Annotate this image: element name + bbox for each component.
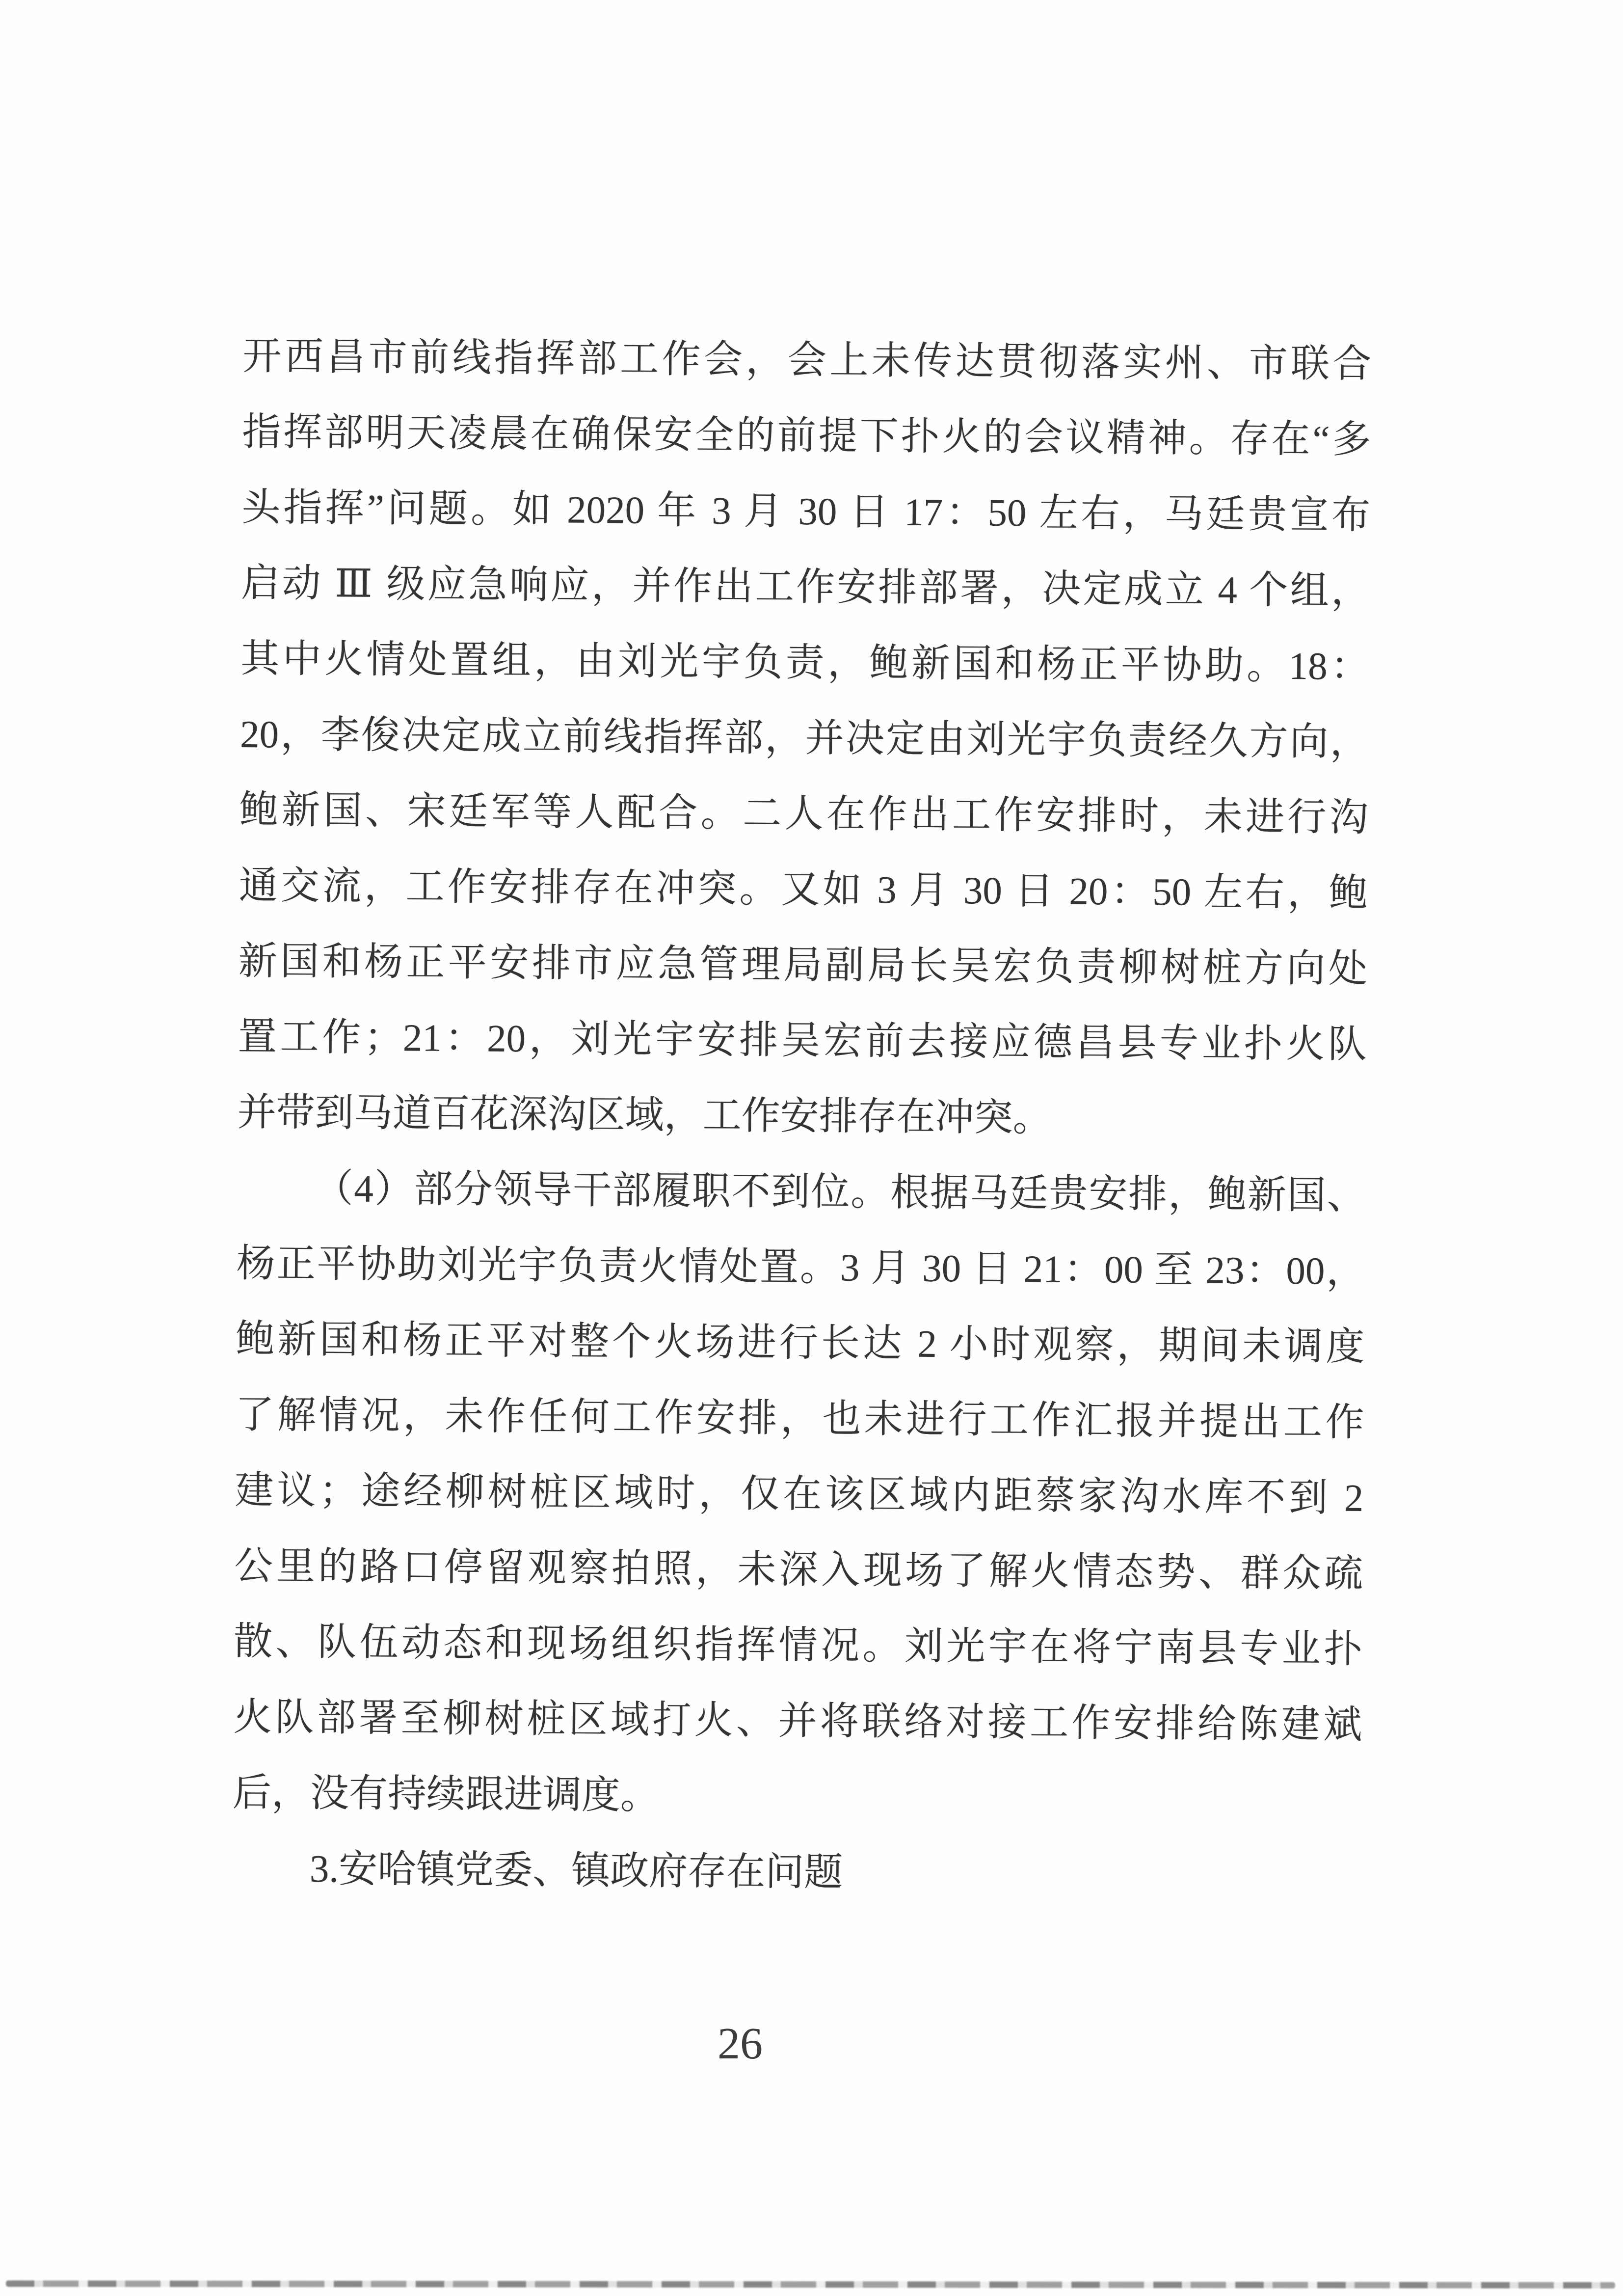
text-line: 鲍新国、宋廷军等人配合。二人在作出工作安排时，未进行沟: [239, 773, 1368, 856]
text-line: 公里的路口停留观察拍照，未深入现场了解火情态势、群众疏: [234, 1529, 1363, 1612]
text-line: 指挥部明天凌晨在确保安全的前提下扑火的会议精神。存在“多: [242, 395, 1371, 478]
text-line: 其中火情处置组，由刘光宇负责，鲍新国和杨正平协助。18：: [240, 621, 1370, 705]
text-line: 开西昌市前线指挥部工作会，会上未传达贯彻落实州、市联合: [242, 319, 1372, 403]
scanned-document-page: 开西昌市前线指挥部工作会，会上未传达贯彻落实州、市联合 指挥部明天凌晨在确保安全…: [0, 0, 1623, 2296]
text-line: 通交流，工作安排存在冲突。又如 3 月 30 日 20：50 左右，鲍: [239, 848, 1368, 932]
text-line paragraph-start: （4）部分领导干部履职不到位。根据马廷贵安排，鲍新国、: [237, 1151, 1366, 1234]
scan-artifact-band: [6, 2280, 1615, 2288]
text-line: 后，没有持续跟进调度。: [232, 1756, 1361, 1839]
text-line: 置工作；21：20，刘光宇安排吴宏前去接应德昌县专业扑火队: [238, 999, 1367, 1083]
text-line: 了解情况，未作任何工作安排，也未进行工作汇报并提出工作: [235, 1378, 1364, 1461]
text-line: 鲍新国和杨正平对整个火场进行长达 2 小时观察，期间未调度: [236, 1302, 1365, 1385]
body-text-block: 开西昌市前线指挥部工作会，会上未传达贯彻落实州、市联合 指挥部明天凌晨在确保安全…: [232, 319, 1372, 1915]
text-line: 火队部署至柳树桩区域打火、并将联络对接工作安排给陈建斌: [233, 1680, 1362, 1763]
text-line section-heading: 3.安哈镇党委、镇政府存在问题: [232, 1831, 1361, 1915]
text-line: 杨正平协助刘光宇负责火情处置。3 月 30 日 21：00 至 23：00，: [236, 1226, 1365, 1310]
page-number: 26: [691, 2021, 789, 2066]
text-line: 散、队伍动态和现场组织指挥情况。刘光宇在将宁南县专业扑: [234, 1604, 1363, 1688]
text-line: 启动 Ⅲ 级应急响应，并作出工作安排部署，决定成立 4 个组，: [241, 546, 1370, 629]
text-line: 新国和杨正平安排市应急管理局副局长吴宏负责柳树桩方向处: [238, 924, 1367, 1007]
text-line: 建议；途经柳树桩区域时，仅在该区域内距蔡家沟水库不到 2: [235, 1453, 1364, 1537]
text-line: 并带到马道百花深沟区域，工作安排存在冲突。: [237, 1075, 1366, 1159]
text-line: 20，李俊决定成立前线指挥部，并决定由刘光宇负责经久方向，: [240, 697, 1369, 781]
text-line: 头指挥”问题。如 2020 年 3 月 30 日 17：50 左右，马廷贵宣布: [241, 470, 1371, 554]
